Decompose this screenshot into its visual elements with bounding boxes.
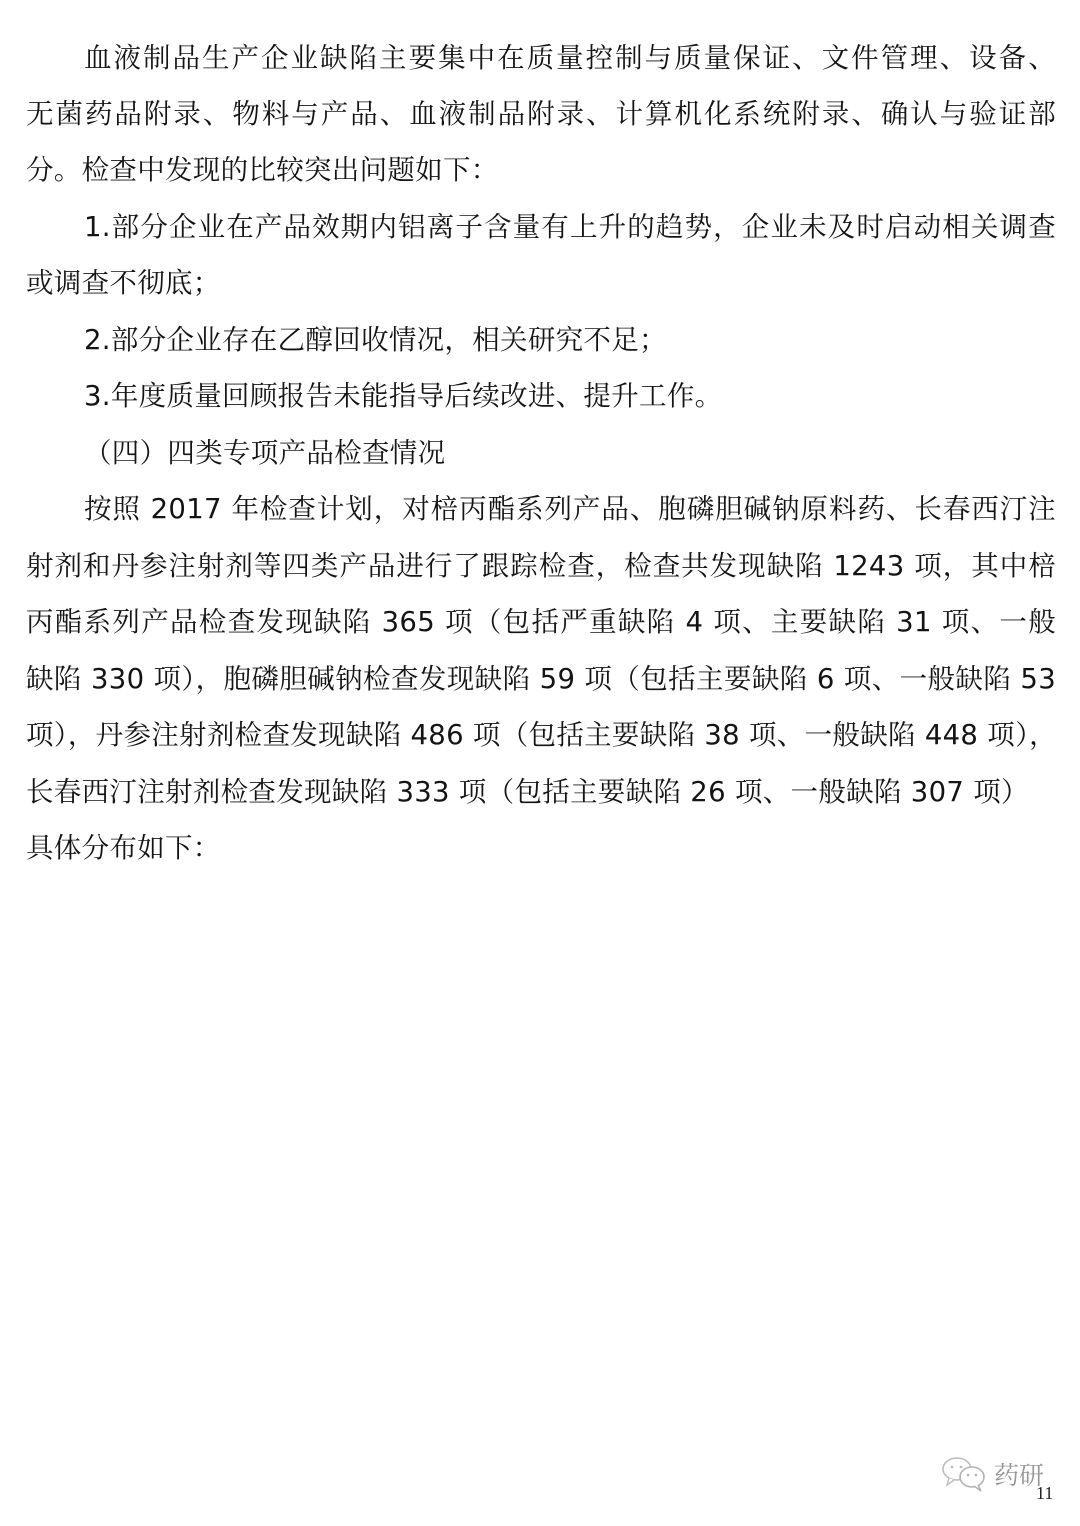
paragraph-line: 射剂和丹参注射剂等四类产品进行了跟踪检查，检查共发现缺陷 1243 项，其中棓	[26, 548, 1056, 584]
list-item-line: 或调查不彻底；	[26, 265, 1056, 301]
list-item-line: 2.部分企业存在乙醇回收情况，相关研究不足；	[84, 322, 1056, 358]
section-heading: （四）四类专项产品检查情况	[84, 435, 1056, 471]
page-number: 11	[1036, 1483, 1053, 1504]
list-item-line: 1.部分企业在产品效期内铝离子含量有上升的趋势，企业未及时启动相关调查	[84, 209, 1056, 245]
document-page: 血液制品生产企业缺陷主要集中在质量控制与质量保证、文件管理、设备、 无菌药品附录…	[0, 0, 1080, 1526]
list-item-line: 3.年度质量回顾报告未能指导后续改进、提升工作。	[84, 378, 1056, 414]
paragraph-line: 缺陷 330 项），胞磷胆碱钠检查发现缺陷 59 项（包括主要缺陷 6 项、一般…	[26, 661, 1056, 697]
paragraph-line: 按照 2017 年检查计划，对棓丙酯系列产品、胞磷胆碱钠原料药、长春西汀注	[84, 491, 1056, 527]
paragraph-line: 具体分布如下：	[26, 830, 1056, 866]
paragraph-line: 血液制品生产企业缺陷主要集中在质量控制与质量保证、文件管理、设备、	[84, 40, 1056, 76]
paragraph-line: 长春西汀注射剂检查发现缺陷 333 项（包括主要缺陷 26 项、一般缺陷 307…	[26, 774, 1056, 810]
paragraph-line: 项），丹参注射剂检查发现缺陷 486 项（包括主要缺陷 38 项、一般缺陷 44…	[26, 717, 1056, 753]
paragraph-line: 丙酯系列产品检查发现缺陷 365 项（包括严重缺陷 4 项、主要缺陷 31 项、…	[26, 604, 1056, 640]
wechat-icon	[940, 1454, 990, 1494]
paragraph-line: 分。检查中发现的比较突出问题如下：	[26, 152, 1056, 188]
paragraph-line: 无菌药品附录、物料与产品、血液制品附录、计算机化系统附录、确认与验证部	[26, 96, 1056, 132]
